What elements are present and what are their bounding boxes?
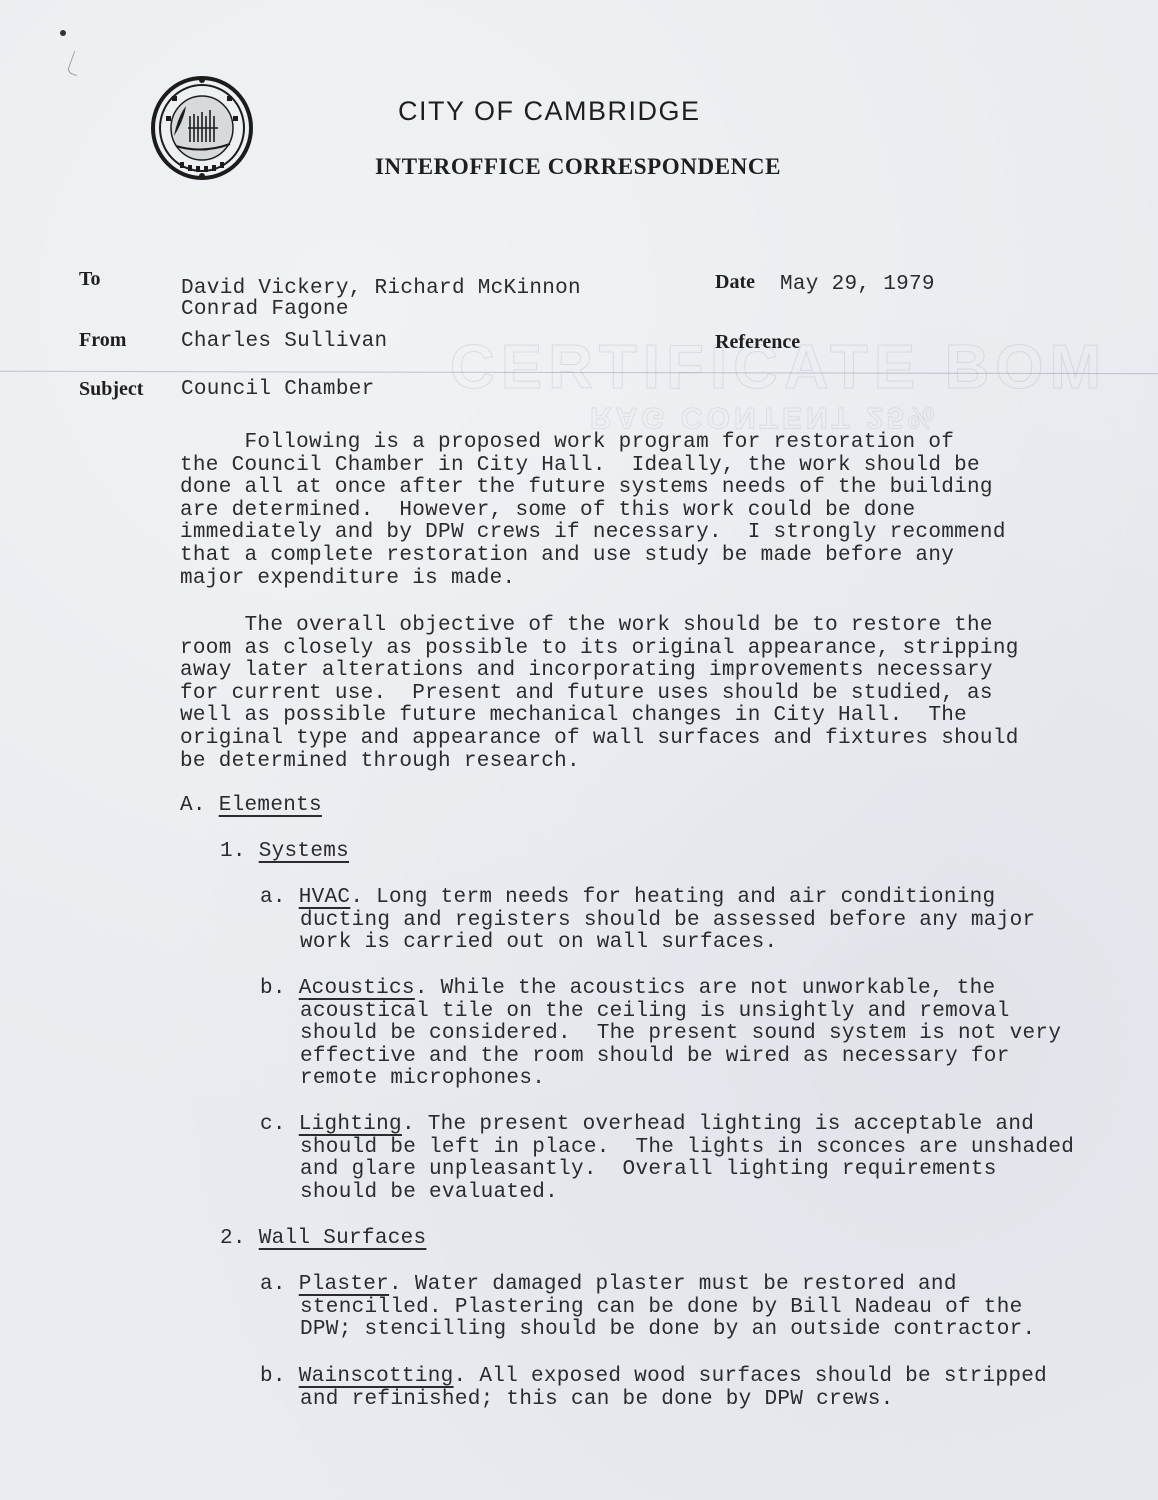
paragraph-line: that a complete restoration and use stud… — [180, 545, 1006, 568]
item-title: Wainscotting — [299, 1365, 454, 1388]
from-label: From — [79, 329, 126, 352]
paragraph-intro: Following is a proposed work program for… — [180, 432, 1006, 590]
paragraph-line: room as closely as possible to its origi… — [180, 638, 1019, 661]
item-text: should be evaluated. — [260, 1182, 1074, 1205]
paragraph-line: Following is a proposed work program for… — [180, 432, 1006, 455]
paragraph-line: major expenditure is made. — [180, 568, 1006, 591]
item-marker: c. — [260, 1113, 299, 1136]
item-marker: b. — [260, 1365, 299, 1388]
paragraph-objective: The overall objective of the work should… — [180, 615, 1019, 773]
stray-pencil-mark — [66, 51, 84, 76]
paragraph-line: original type and appearance of wall sur… — [180, 728, 1019, 751]
item-marker: 2. — [220, 1227, 259, 1250]
paragraph-line: are determined. However, some of this wo… — [180, 500, 1006, 523]
item-text: and glare unpleasantly. Overall lighting… — [260, 1159, 1074, 1182]
item-title: Plaster — [299, 1273, 389, 1296]
item-1b-acoustics: b. Acoustics. While the acoustics are no… — [260, 978, 1061, 1091]
stray-ink-mark — [60, 30, 66, 36]
paragraph-line: away later alterations and incorporating… — [180, 660, 1019, 683]
item-marker: 1. — [220, 840, 259, 863]
to-label: To — [79, 268, 101, 291]
paragraph-line: well as possible future mechanical chang… — [180, 705, 1019, 728]
from-value: Charles Sullivan — [181, 330, 387, 353]
item-title: Systems — [259, 840, 349, 863]
item-1a-hvac: a. HVAC. Long term needs for heating and… — [260, 887, 1035, 955]
item-2a-plaster: a. Plaster. Water damaged plaster must b… — [260, 1274, 1035, 1342]
to-recipients-line2: Conrad Fagone — [181, 298, 349, 321]
item-2-heading: 2. Wall Surfaces — [220, 1227, 426, 1250]
subject-value: Council Chamber — [181, 378, 375, 401]
item-text: stencilled. Plastering can be done by Bi… — [260, 1297, 1035, 1320]
item-text: acoustical tile on the ceiling is unsigh… — [260, 1001, 1061, 1024]
to-recipients-line1: David Vickery, Richard McKinnon — [181, 277, 581, 300]
letterhead-title: CITY OF CAMBRIDGE — [398, 96, 701, 127]
item-text: . Long term needs for heating and air co… — [350, 886, 995, 909]
item-1c-lighting: c. Lighting. The present overhead lighti… — [260, 1114, 1074, 1204]
item-text: should be considered. The present sound … — [260, 1023, 1061, 1046]
item-text: . While the acoustics are not unworkable… — [415, 977, 996, 1000]
item-text: . The present overhead lighting is accep… — [402, 1113, 1034, 1136]
paragraph-line: immediately and by DPW crews if necessar… — [180, 522, 1006, 545]
item-text: . All exposed wood surfaces should be st… — [454, 1365, 1048, 1388]
section-a-heading: A. Elements — [180, 794, 322, 817]
section-marker: A. — [180, 794, 219, 817]
section-title: Elements — [219, 794, 322, 817]
item-marker: a. — [260, 886, 299, 909]
paragraph-line: for current use. Present and future uses… — [180, 683, 1019, 706]
item-title: Wall Surfaces — [259, 1227, 427, 1250]
date-value: May 29, 1979 — [780, 273, 935, 296]
item-title: Acoustics — [299, 977, 415, 1000]
item-title: HVAC — [299, 886, 351, 909]
item-marker: b. — [260, 977, 299, 1000]
item-text: should be left in place. The lights in s… — [260, 1137, 1074, 1160]
item-marker: a. — [260, 1273, 299, 1296]
paper-watermark-sub: RAG CONTENT 25% — [590, 400, 938, 434]
item-1-heading: 1. Systems — [220, 840, 349, 863]
subject-label: Subject — [79, 378, 143, 401]
reference-label: Reference — [715, 331, 800, 354]
item-text: and refinished; this can be done by DPW … — [260, 1389, 1047, 1412]
item-text: work is carried out on wall surfaces. — [260, 932, 1035, 955]
letterhead-subtitle: INTEROFFICE CORRESPONDENCE — [375, 154, 781, 180]
item-text: remote microphones. — [260, 1068, 1061, 1091]
item-text: effective and the room should be wired a… — [260, 1046, 1061, 1069]
paragraph-line: The overall objective of the work should… — [180, 615, 1019, 638]
item-title: Lighting — [299, 1113, 402, 1136]
item-text: DPW; stencilling should be done by an ou… — [260, 1319, 1035, 1342]
paragraph-line: be determined through research. — [180, 751, 1019, 774]
item-text: ducting and registers should be assessed… — [260, 910, 1035, 933]
paragraph-line: done all at once after the future system… — [180, 477, 1006, 500]
item-text: . Water damaged plaster must be restored… — [389, 1273, 957, 1296]
item-2b-wainscotting: b. Wainscotting. All exposed wood surfac… — [260, 1366, 1047, 1411]
paragraph-line: the Council Chamber in City Hall. Ideall… — [180, 455, 1006, 478]
date-label: Date — [715, 271, 755, 294]
city-seal-icon — [150, 76, 254, 180]
